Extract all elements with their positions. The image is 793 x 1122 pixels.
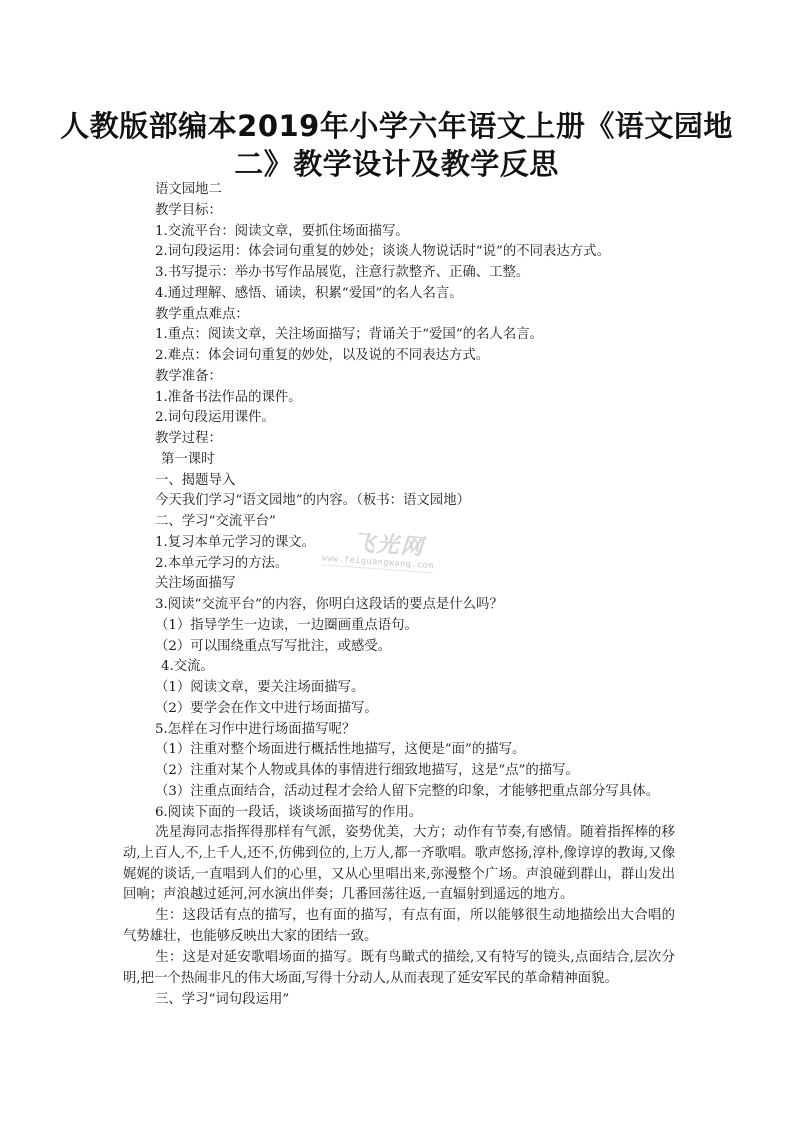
step-text: 今天我们学习“语文园地”的内容。（板书：语文园地） [155,491,675,512]
student-answer-text: 生：这是对延安歌唱场面的描写。既有鸟瞰式的描绘,又有特写的镜头,点面结合,层次分… [123,950,675,986]
student-answer: 生：这是对延安歌唱场面的描写。既有鸟瞰式的描绘,又有特写的镜头,点面结合,层次分… [123,948,675,990]
sub-item: （1）注重对整个场面进行概括性地描写，这便是“面”的描写。 [155,740,675,761]
document-title-line-2: 二》教学设计及教学反思 [0,142,793,183]
heading-process: 教学过程： [155,429,675,450]
sub-item: （3）注重点面结合，活动过程才会给人留下完整的印象，才能够把重点部分写具体。 [155,782,675,803]
section-heading: 语文园地二 [155,180,675,201]
preparation-item: 1.准备书法作品的课件。 [155,388,675,409]
goal-item: 1.交流平台：阅读文章，要抓住场面描写。 [155,222,675,243]
reading-passage-text: 冼星海同志指挥得那样有气派，姿势优美，大方；动作有节奏,有感情。随着指挥棒的移动… [123,825,675,902]
step-heading: 二、学习“交流平台” [155,512,675,533]
key-point-item: 2.难点：体会词句重复的妙处，以及说的不同表达方式。 [155,346,675,367]
goal-item: 3.书写提示：举办书写作品展览，注意行款整齐、正确、工整。 [155,263,675,284]
sub-item: （2）注重对某个人物或具体的事情进行细致地描写，这是“点”的描写。 [155,761,675,782]
goal-item: 4.通过理解、感悟、诵读，积累“爱国”的名人名言。 [155,284,675,305]
step-heading: 一、揭题导入 [155,471,675,492]
document-body: 语文园地二 教学目标： 1.交流平台：阅读文章，要抓住场面描写。 2.词句段运用… [155,180,675,823]
subheading: 关注场面描写 [155,574,675,595]
heading-teaching-goals: 教学目标： [155,201,675,222]
heading-key-points: 教学重点难点： [155,305,675,326]
step-heading: 三、学习“词句段运用” [123,990,675,1011]
reading-passage: 冼星海同志指挥得那样有气派，姿势优美，大方；动作有节奏,有感情。随着指挥棒的移动… [123,823,675,906]
step-item: 6.阅读下面的一段话，谈谈场面描写的作用。 [155,803,675,824]
step-heading-text: 三、学习“词句段运用” [155,992,289,1007]
step-item: 5.怎样在习作中进行场面描写呢？ [155,720,675,741]
student-answer-text: 生：这段话有点的描写，也有面的描写，有点有面，所以能够很生动地描绘出大合唱的气势… [123,908,675,944]
lesson-period-heading: 第一课时 [155,450,675,471]
heading-preparation: 教学准备： [155,367,675,388]
step-item: 4.交流。 [155,657,675,678]
sub-item: （1）阅读文章，要关注场面描写。 [155,678,675,699]
sub-item: （2）可以围绕重点写写批注，或感受。 [155,637,675,658]
key-point-item: 1.重点：阅读文章，关注场面描写；背诵关于“爱国”的名人名言。 [155,325,675,346]
goal-item: 2.词句段运用：体会词句重复的妙处；谈谈人物说话时“说”的不同表达方式。 [155,242,675,263]
student-answer: 生：这段话有点的描写，也有面的描写，有点有面，所以能够很生动地描绘出大合唱的气势… [123,906,675,948]
preparation-item: 2.词句段运用课件。 [155,408,675,429]
step-item: 3.阅读“交流平台”的内容，你明白这段话的要点是什么吗？ [155,595,675,616]
sub-item: （2）要学会在作文中进行场面描写。 [155,699,675,720]
sub-item: （1）指导学生一边读，一边圈画重点语句。 [155,616,675,637]
step-item: 2.本单元学习的方法。 [155,554,675,575]
document-title-line-1: 人教版部编本2019年小学六年语文上册《语文园地 [0,104,793,145]
step-item: 1.复习本单元学习的课文。 [155,533,675,554]
